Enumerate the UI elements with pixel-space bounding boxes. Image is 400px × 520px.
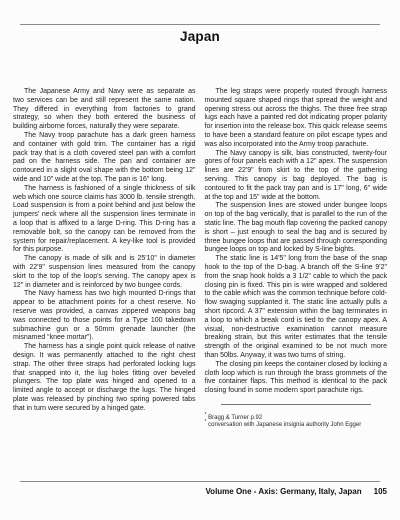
footnote-text: conversation with Japanese insignia auth… [208,422,361,428]
paragraph: The Navy troop parachute has a dark gree… [13,132,196,185]
document-page: Japan The Japanese Army and Navy were as… [0,0,400,520]
paragraph: The static line is 14'5" long from the b… [205,255,388,361]
paragraph: The harness has a single point quick rel… [13,343,196,413]
body-columns: The Japanese Army and Navy were as separ… [0,88,400,430]
paragraph: The Navy harness has two high mounted D-… [13,290,196,343]
paragraph: The canopy is made of silk and is 25'10"… [13,255,196,290]
paragraph: The harness is fashioned of a single thi… [13,185,196,255]
paragraph: The closing pin keeps the container clos… [205,361,388,396]
page-footer: Volume One - Axis: Germany, Italy, Japan… [205,487,387,496]
paragraph: The suspension lines are stowed under bu… [205,202,388,255]
footnote-text: Bragg & Turner p.92 [208,415,262,421]
paragraph: The Japanese Army and Navy were as separ… [13,88,196,132]
footnote-line: * conversation with Japanese insignia au… [205,422,388,430]
paragraph: The leg straps were properly routed thro… [205,88,388,150]
volume-label: Volume One - Axis: Germany, Italy, Japan [205,487,361,496]
page-title: Japan [0,29,400,44]
paragraph: The Navy canopy is silk, bias constructe… [205,150,388,203]
footnote-marker: * [205,419,207,425]
footnote-divider [221,404,371,405]
right-column: The leg straps were properly routed thro… [205,88,388,430]
footer-divider [20,481,380,482]
footnote-marker: * [205,412,207,418]
left-column: The Japanese Army and Navy were as separ… [13,88,196,430]
footnotes: * Bragg & Turner p.92 * conversation wit… [205,415,388,430]
page-number: 105 [374,487,387,496]
title-divider [20,24,380,25]
